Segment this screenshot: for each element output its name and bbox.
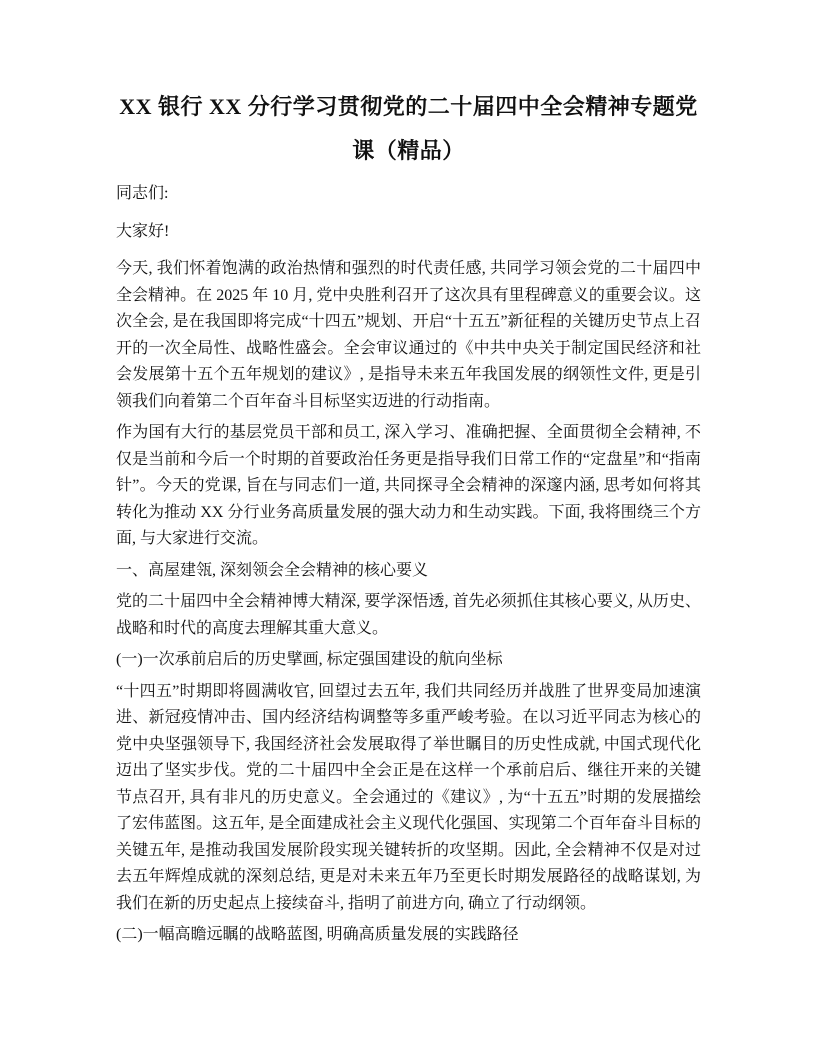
paragraph-purpose: 作为国有大行的基层党员干部和员工, 深入学习、准确把握、全面贯彻全会精神, 不仅… [116, 420, 701, 553]
paragraph-subsection-1-1: “十四五”时期即将圆满收官, 回望过去五年, 我们共同经历并战胜了世界变局加速演… [116, 679, 701, 918]
document-page: XX 银行 XX 分行学习贯彻党的二十届四中全会精神专题党课（精品） 同志们: … [0, 0, 816, 1056]
document-title: XX 银行 XX 分行学习贯彻党的二十届四中全会精神专题党课（精品） [116, 85, 701, 173]
paragraph-section-1-lead: 党的二十届四中全会精神博大精深, 要学深悟透, 首先必须抓住其核心要义, 从历史… [116, 589, 701, 642]
subsection-heading-1-2: (二)一幅高瞻远瞩的战略蓝图, 明确高质量发展的实践路径 [116, 922, 701, 949]
greeting-line: 大家好! [116, 219, 701, 246]
subsection-heading-1-1: (一)一次承前启后的历史擘画, 标定强国建设的航向坐标 [116, 647, 701, 674]
paragraph-intro: 今天, 我们怀着饱满的政治热情和强烈的时代责任感, 共同学习领会党的二十届四中全… [116, 256, 701, 415]
section-heading-1: 一、高屋建瓴, 深刻领会全会精神的核心要义 [116, 558, 701, 585]
salutation-line: 同志们: [116, 181, 701, 208]
